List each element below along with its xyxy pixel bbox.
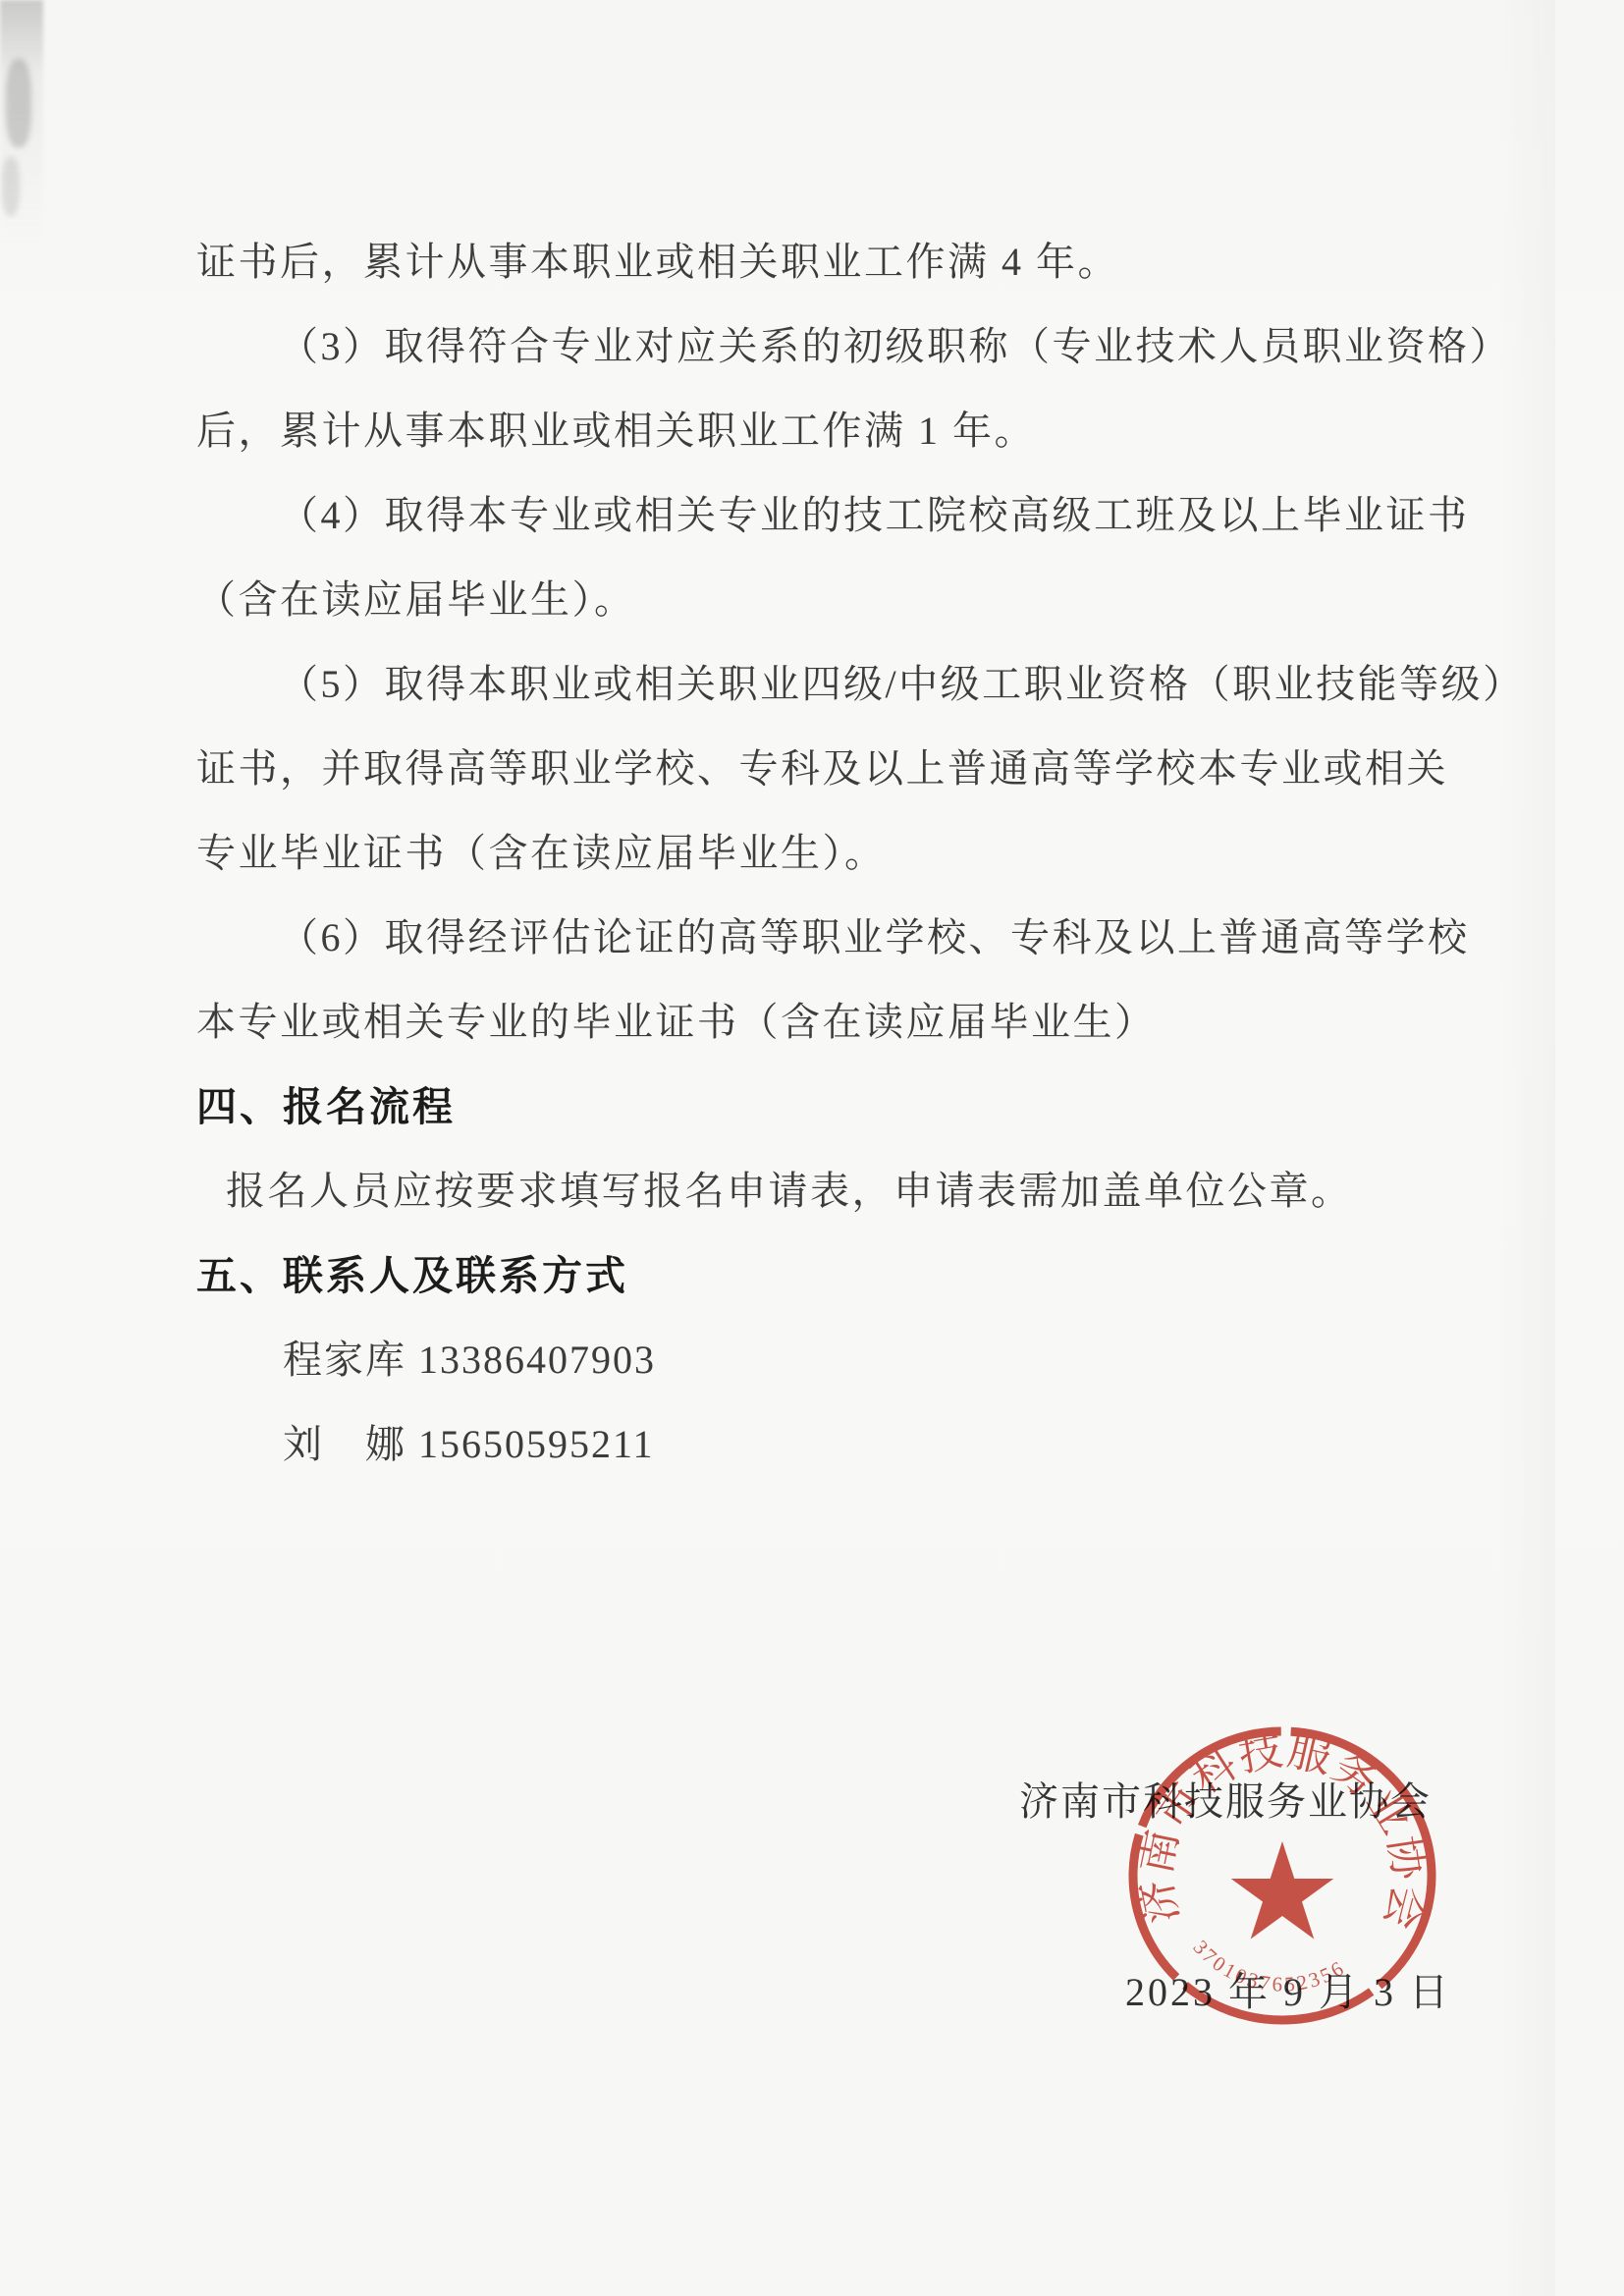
doc-line: 证书，并取得高等职业学校、专科及以上普通高等学校本专业或相关 xyxy=(196,727,1430,811)
doc-line: 本专业或相关专业的毕业证书（含在读应届毕业生） xyxy=(196,980,1430,1065)
doc-line: 报名人员应按要求填写报名申请表，申请表需加盖单位公章。 xyxy=(196,1149,1430,1233)
doc-line: （含在读应届毕业生）。 xyxy=(196,558,1430,642)
official-seal: 济南市科技服务业协会 3701037652356 xyxy=(1115,1717,1449,2035)
section-heading-contacts: 五、联系人及联系方式 xyxy=(196,1233,1430,1318)
svg-text:3701037652356: 3701037652356 xyxy=(1188,1936,1349,1996)
doc-line: （3）取得符合专业对应关系的初级职称（专业技术人员职业资格） xyxy=(196,304,1430,389)
document-body: 证书后，累计从事本职业或相关职业工作满 4 年。 （3）取得符合专业对应关系的初… xyxy=(196,220,1430,1487)
doc-line: （6）取得经评估论证的高等职业学校、专科及以上普通高等学校 xyxy=(196,896,1430,980)
scan-artifact-smudge xyxy=(2,157,20,216)
seal-star-icon xyxy=(1231,1841,1334,1940)
contact-line: 刘 娜 15650595211 xyxy=(196,1402,1430,1487)
scan-artifact-smudge xyxy=(6,59,31,147)
seal-code: 3701037652356 xyxy=(1188,1936,1349,1996)
section-heading-registration-process: 四、报名流程 xyxy=(196,1065,1430,1149)
doc-line: 证书后，累计从事本职业或相关职业工作满 4 年。 xyxy=(196,220,1430,304)
doc-line: （4）取得本专业或相关专业的技工院校高级工班及以上毕业证书 xyxy=(196,473,1430,558)
doc-line: 专业毕业证书（含在读应届毕业生）。 xyxy=(196,811,1430,896)
doc-line: （5）取得本职业或相关职业四级/中级工职业资格（职业技能等级） xyxy=(196,642,1430,727)
contact-line: 程家库 13386407903 xyxy=(196,1318,1430,1402)
doc-line: 后，累计从事本职业或相关职业工作满 1 年。 xyxy=(196,389,1430,473)
